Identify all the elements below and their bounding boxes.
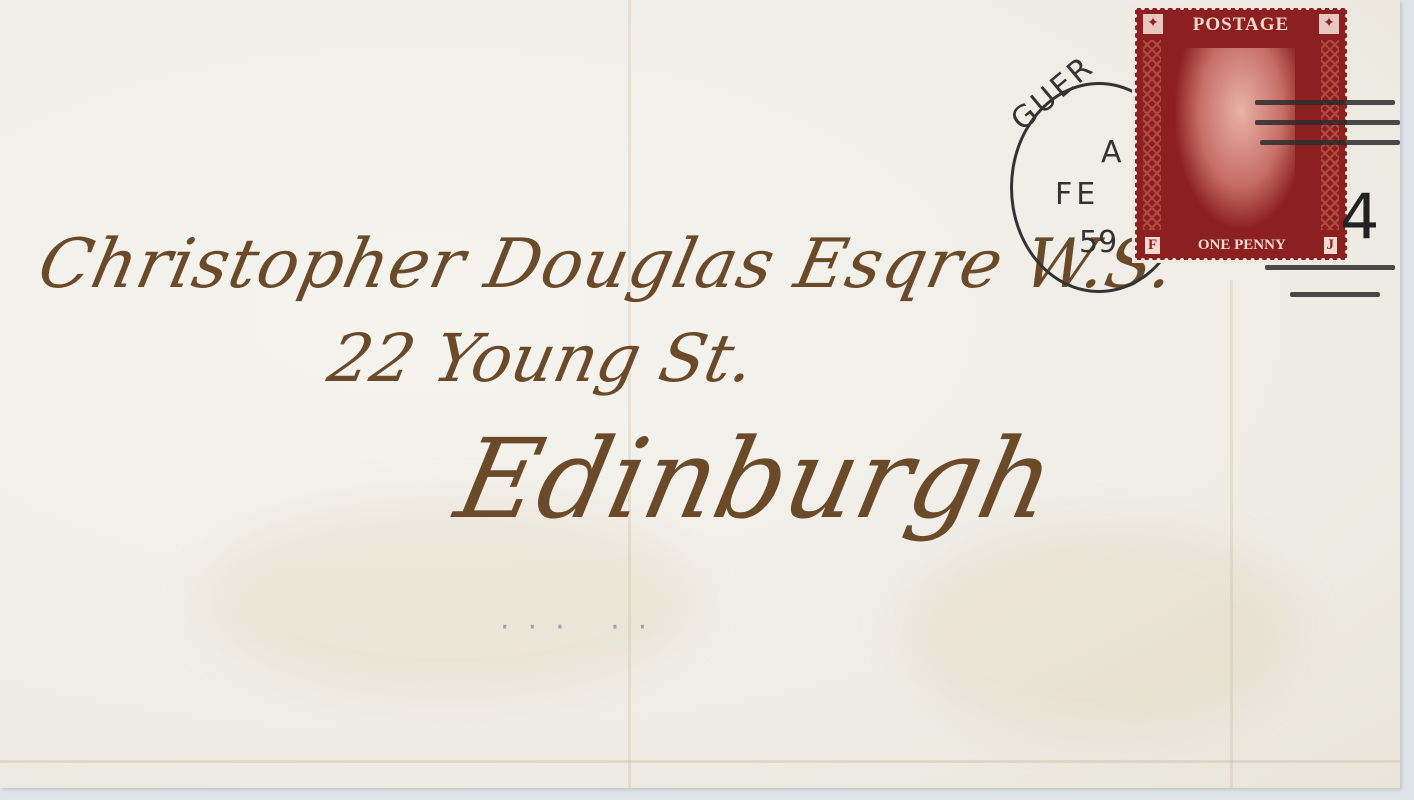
stamp-top-text: POSTAGE <box>1135 14 1347 36</box>
address-street: 22 Young St. <box>322 320 762 397</box>
address-city: Edinburgh <box>446 415 1065 543</box>
cancel-number: 4 <box>1340 180 1379 253</box>
stamp-corner-letter-left: F <box>1145 237 1160 254</box>
postmark-month: FE <box>1055 177 1099 212</box>
stamp-bottom: F ONE PENNY J <box>1145 237 1337 254</box>
postmark-town: GUER <box>1005 49 1102 138</box>
stamp-value: ONE PENNY <box>1198 237 1286 254</box>
cancel-bar <box>1255 120 1400 125</box>
stamp-corner-letter-right: J <box>1324 237 1338 254</box>
stamp-border <box>1143 40 1161 230</box>
penny-red-stamp: ✦ ✦ POSTAGE F ONE PENNY J <box>1135 8 1347 260</box>
stamp-border <box>1321 40 1339 230</box>
cancel-bar <box>1260 140 1400 145</box>
postmark-year: 59 <box>1079 225 1117 260</box>
envelope: Christopher Douglas Esqre W.S. 22 Young … <box>0 0 1400 788</box>
cancel-bar <box>1290 292 1380 297</box>
fold-line <box>1230 280 1233 788</box>
cancel-bar <box>1255 100 1395 105</box>
faint-postmark: ··· ·· <box>500 610 665 645</box>
address-name: Christopher Douglas Esqre W.S. <box>32 225 1183 304</box>
cancel-bar <box>1265 265 1395 270</box>
fold-line <box>0 760 1400 763</box>
queen-portrait-icon <box>1175 48 1295 228</box>
paper-stain <box>900 520 1300 740</box>
postmark-code: A <box>1101 135 1122 170</box>
